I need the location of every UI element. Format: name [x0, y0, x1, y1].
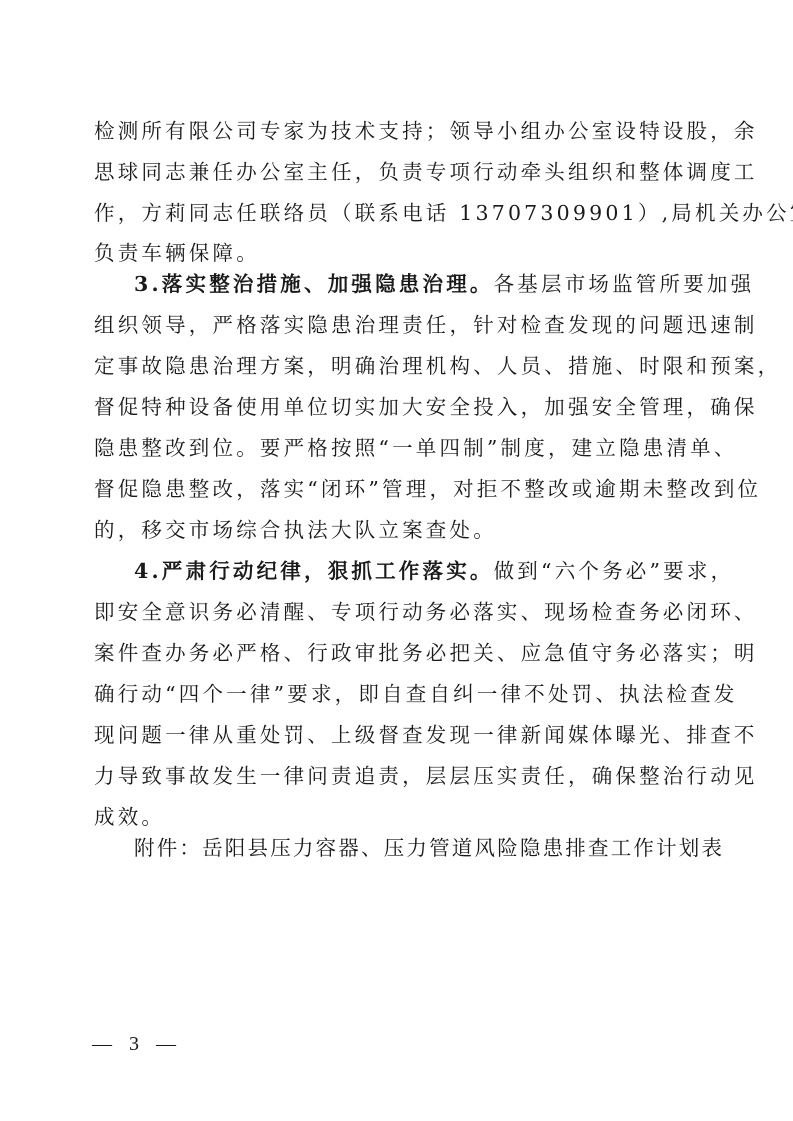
section-4-first-line: 4.严肃行动纪律，狠抓工作落实。做到“六个务必”要求，	[134, 557, 706, 585]
text-line: 力导致事故发生一律问责追责，层层压实责任，确保整治行动见	[94, 762, 706, 790]
text-line: 成效。	[94, 803, 706, 831]
text-line: 检测所有限公司专家为技术支持；领导小组办公室设特设股，余	[94, 117, 706, 145]
text-line: 现问题一律从重处罚、上级督查发现一律新闻媒体曝光、排查不	[94, 721, 706, 749]
text-line: 隐患整改到位。要严格按照“一单四制”制度，建立隐患清单、	[94, 434, 706, 462]
text-line: 的，移交市场综合执法大队立案查处。	[94, 516, 706, 544]
text-line: 案件查办务必严格、行政审批务必把关、应急值守务必落实；明	[94, 639, 706, 667]
section-4-text: 做到“六个务必”要求，	[494, 559, 735, 583]
text-line: 负责车辆保障。	[94, 239, 706, 267]
text-line: 组织领导，严格落实隐患治理责任，针对检查发现的问题迅速制	[94, 311, 706, 339]
text-line: 督促隐患整改，落实“闭环”管理，对拒不整改或逾期未整改到位	[94, 475, 706, 503]
text-line: 定事故隐患治理方案，明确治理机构、人员、措施、时限和预案，	[94, 352, 706, 380]
section-3-text: 各基层市场监管所要加强	[494, 272, 755, 296]
section-3-heading: 3.落实整治措施、加强隐患治理。	[134, 272, 494, 296]
text-line: 督促特种设备使用单位切实加大安全投入，加强安全管理，确保	[94, 393, 706, 421]
section-3-first-line: 3.落实整治措施、加强隐患治理。各基层市场监管所要加强	[134, 270, 706, 298]
text-line: 确行动“四个一律”要求，即自查自纠一律不处罚、执法检查发	[94, 680, 706, 708]
text-line: 作，方莉同志任联络员（联系电话 13707309901）,局机关办公室	[94, 199, 706, 227]
attachment-line: 附件：岳阳县压力容器、压力管道风险隐患排查工作计划表	[134, 834, 746, 862]
section-4-heading: 4.严肃行动纪律，狠抓工作落实。	[134, 559, 494, 583]
text-line: 即安全意识务必清醒、专项行动务必落实、现场检查务必闭环、	[94, 598, 706, 626]
document-page: 检测所有限公司专家为技术支持；领导小组办公室设特设股，余 思球同志兼任办公室主任…	[0, 0, 793, 1121]
text-line: 思球同志兼任办公室主任，负责专项行动牵头组织和整体调度工	[94, 158, 706, 186]
page-number: — 3 —	[92, 1032, 182, 1056]
